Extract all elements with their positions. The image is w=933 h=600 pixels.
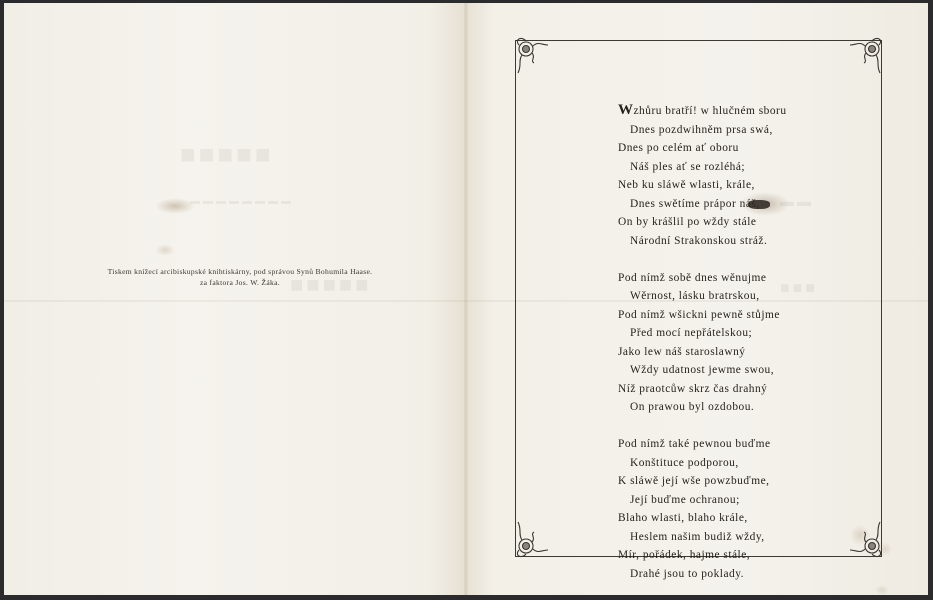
poem-line: Národní Strakonskou stráž. <box>618 232 858 251</box>
poem-line: Pod nímž wšickni pewně stůjme <box>618 306 858 325</box>
poem-line: Mír, pořádek, hajme stále, <box>618 546 858 565</box>
printer-imprint: Tiskem knížecí arcibiskupské knihtiskárn… <box>70 266 410 288</box>
poem-line: Wždy udatnost jewme swou, <box>618 361 858 380</box>
poem-line: On prawou byl ozdobou. <box>618 398 858 417</box>
corner-ornament-top-left-icon <box>508 33 550 75</box>
show-through-title: ■■■■■ <box>180 140 274 170</box>
poem-line: Neb ku sláwě wlasti, krále, <box>618 176 858 195</box>
poem-line: Níž praotcůw skrz čas drahný <box>618 380 858 399</box>
show-through-subtitle: ▬▬▬▬▬▬▬▬ <box>190 196 294 207</box>
poem-line: Pod nímž také pewnou buďme <box>618 435 858 454</box>
poem-line: Dnes pozdwihněm prsa swá, <box>618 121 858 140</box>
poem-line: Wzhůru bratří! w hlučném sboru <box>618 101 858 121</box>
poem-stanza-2: Pod nímž sobě dnes wěnujme Wěrnost, lásk… <box>618 269 858 417</box>
poem-line: Dnes po celém ať oboru <box>618 139 858 158</box>
poem-stanza-3: Pod nímž také pewnou buďme Konštituce po… <box>618 435 858 583</box>
poem-line: Náš ples ať se rozléhá; <box>618 158 858 177</box>
poem-line: Dnes swětíme prápor náš, <box>618 195 858 214</box>
center-fold <box>464 3 468 595</box>
poem-line: On by krášlil po wždy stále <box>618 213 858 232</box>
stain <box>155 244 175 256</box>
poem-line: K sláwě její wše powzbuďme, <box>618 472 858 491</box>
imprint-line-2: za faktora Jos. W. Žáka. <box>70 277 410 288</box>
poem-line: Heslem našim budiž wždy, <box>618 528 858 547</box>
poem-line: Jako lew náš staroslawný <box>618 343 858 362</box>
poem-line: Pod nímž sobě dnes wěnujme <box>618 269 858 288</box>
corner-ornament-bottom-left-icon <box>508 520 550 562</box>
poem: Wzhůru bratří! w hlučném sboru Dnes pozd… <box>618 101 858 600</box>
corner-ornament-top-right-icon <box>848 33 890 75</box>
imprint-line-1: Tiskem knížecí arcibiskupské knihtiskárn… <box>70 266 410 277</box>
poem-line: Drahé jsou to poklady. <box>618 565 858 584</box>
poem-line: Konštituce podporou, <box>618 454 858 473</box>
poem-stanza-1: Wzhůru bratří! w hlučném sboru Dnes pozd… <box>618 101 858 250</box>
stain <box>875 585 889 595</box>
poem-line: Blaho wlasti, blaho krále, <box>618 509 858 528</box>
ink-blot <box>748 200 770 209</box>
stain <box>155 198 195 214</box>
left-page <box>4 3 466 595</box>
poem-line: Wěrnost, lásku bratrskou, <box>618 287 858 306</box>
poem-line: Její buďme ochranou; <box>618 491 858 510</box>
poem-line: Před mocí nepřátelskou; <box>618 324 858 343</box>
